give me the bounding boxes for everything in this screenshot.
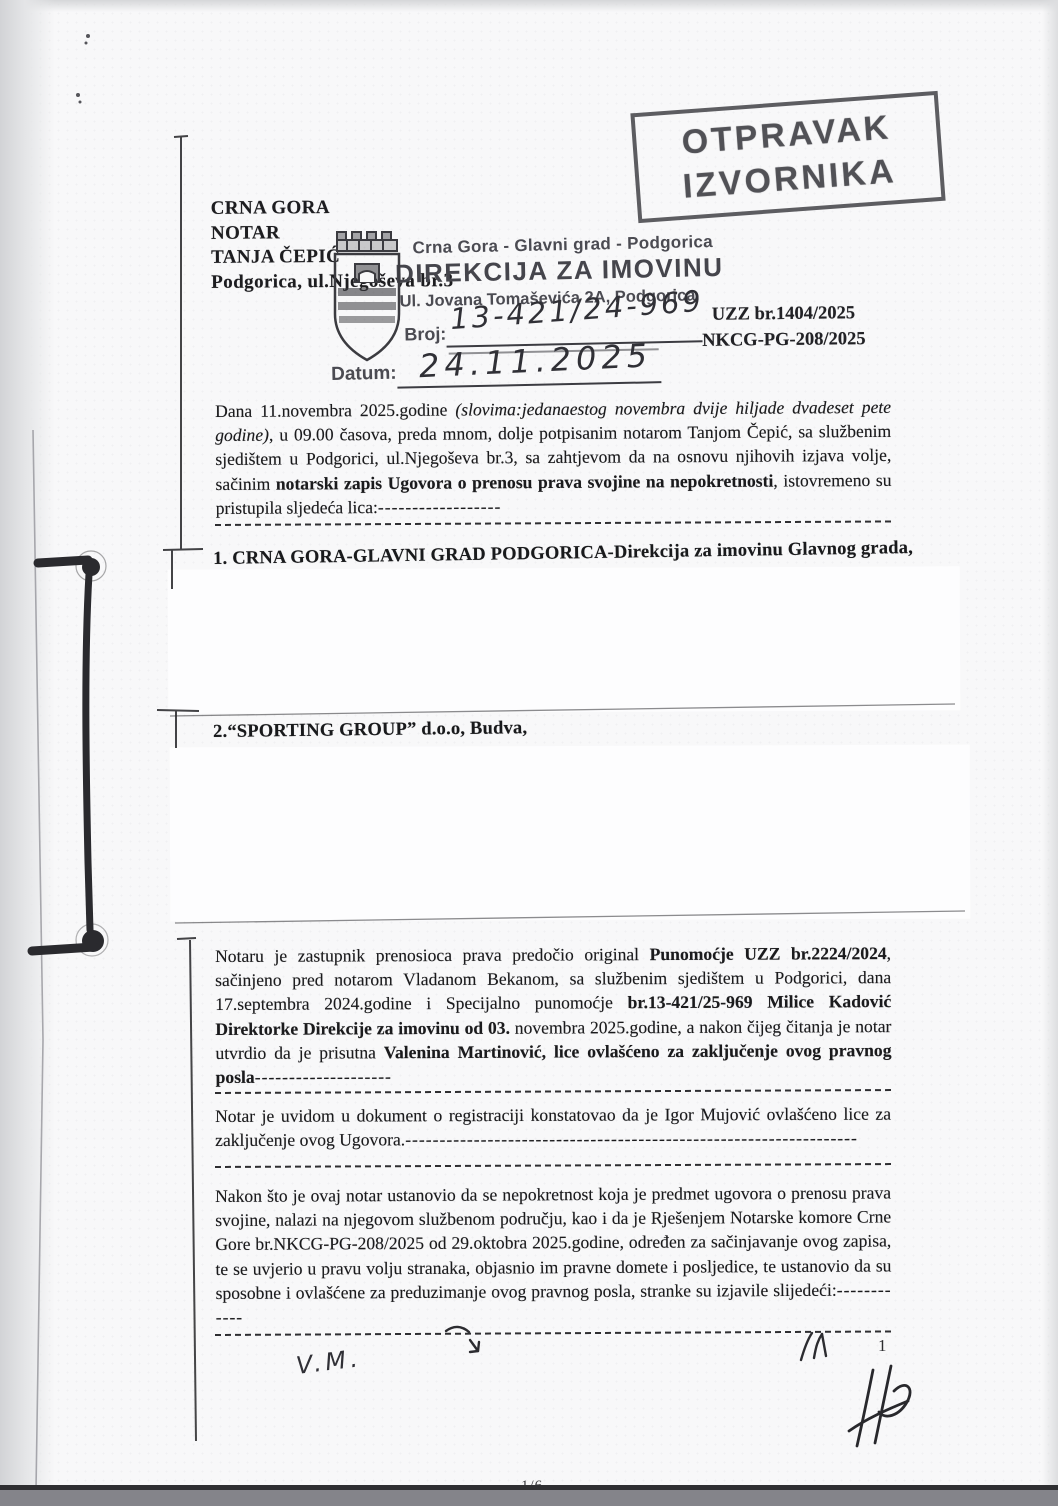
paragraph-powers-of-attorney: Notaru je zastupnik prenosioca prava pre…	[215, 941, 892, 1089]
paragraph-intro: Dana 11.novembra 2025.godine (slovima:je…	[215, 395, 892, 520]
text-run: Dana 11.novembra 2025.godine	[215, 400, 455, 421]
filler-dashes: --------------------	[255, 1066, 392, 1087]
letterhead-country: CRNA GORA	[211, 195, 453, 221]
text-run: Nakon što je ovaj notar ustanovio da se …	[215, 1182, 891, 1302]
nkcg-reference: NKCG-PG-208/2025	[702, 326, 866, 354]
uzz-reference: UZZ br.1404/2025	[712, 300, 866, 328]
stamp-date-label: Datum:	[331, 363, 397, 386]
filler-dashes: ------------------	[378, 496, 502, 517]
podgorica-coat-of-arms-icon	[323, 228, 411, 366]
filler-dashes: ----------------------------------------…	[405, 1128, 858, 1150]
scan-edge-left	[0, 0, 55, 1506]
paragraph-jurisdiction: Nakon što je ovaj notar ustanovio da se …	[215, 1180, 892, 1329]
redaction-block-2	[170, 745, 971, 922]
party-2-heading: 2.“SPORTING GROUP” d.o.o, Budva,	[213, 718, 527, 743]
handwritten-date: 24.11.2025	[418, 336, 653, 385]
otpravak-izvornika-stamp: OTPRAVAK IZVORNIKA	[630, 91, 945, 223]
scan-edge-top	[0, 0, 1058, 12]
paragraph-registration-check: Notar je uvidom u dokument o registracij…	[215, 1102, 891, 1153]
page-number: 1	[878, 1336, 887, 1356]
text-run-bold: Punomoćje UZZ br.2224/2024	[650, 943, 887, 964]
text-run-bold: notarski zapis Ugovora o prenosu prava s…	[276, 470, 774, 493]
scan-edge-right	[1042, 0, 1058, 1506]
redaction-block-1	[168, 566, 961, 713]
text-run: Notaru je zastupnik prenosioca prava pre…	[215, 944, 650, 966]
scan-edge-bottom	[0, 1485, 1058, 1506]
scanned-document-page: CRNA GORA NOTAR TANJA ČEPIĆ Podgorica, u…	[0, 0, 1058, 1506]
case-reference-block: UZZ br.1404/2025 NKCG-PG-208/2025	[702, 300, 866, 354]
stamp-office-name: DIREKCIJA ZA IMOVINU	[395, 252, 724, 290]
